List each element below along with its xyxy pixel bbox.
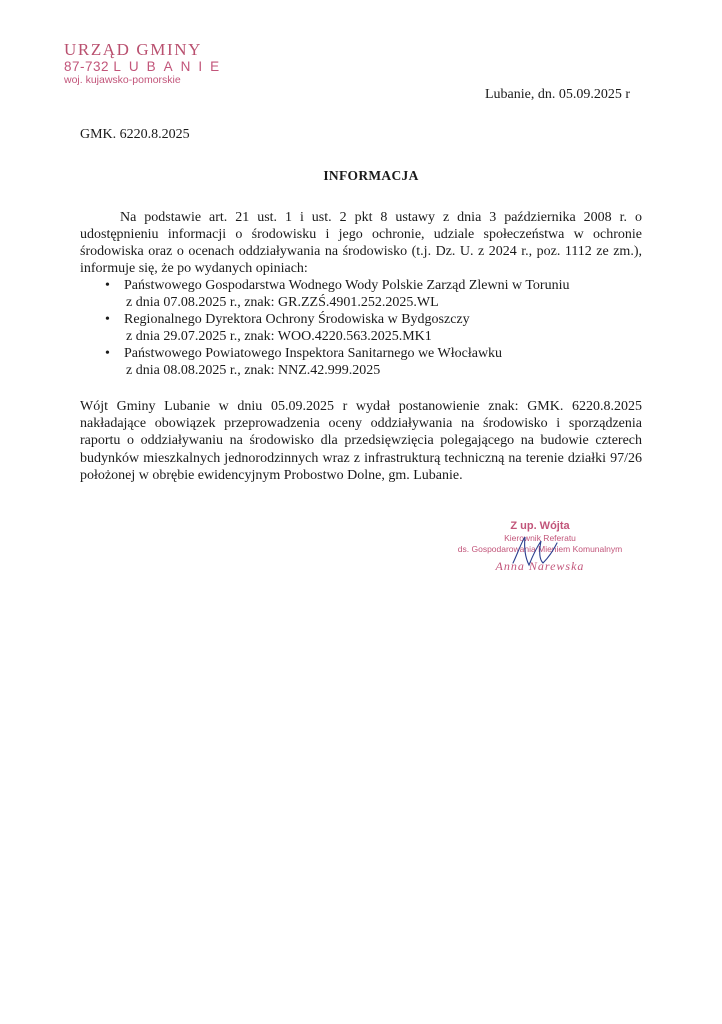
stamp-postal-code: 87-732 bbox=[64, 59, 109, 74]
signature-authorization: Z up. Wójta bbox=[440, 520, 640, 533]
handwritten-signature-icon bbox=[505, 533, 565, 573]
list-item: • Regionalnego Dyrektora Ochrony Środowi… bbox=[105, 311, 569, 345]
opinions-list: • Państwowego Gospodarstwa Wodnego Wody … bbox=[105, 277, 569, 379]
stamp-town: LUBANIE bbox=[113, 59, 227, 74]
opinion-details: z dnia 08.08.2025 r., znak: NNZ.42.999.2… bbox=[124, 362, 569, 379]
opinion-authority: Regionalnego Dyrektora Ochrony Środowisk… bbox=[124, 312, 470, 327]
intro-text: Na podstawie art. 21 ust. 1 i ust. 2 pkt… bbox=[80, 210, 642, 276]
reference-number: GMK. 6220.8.2025 bbox=[80, 127, 190, 143]
opinion-details: z dnia 07.08.2025 r., znak: GR.ZZŚ.4901.… bbox=[124, 294, 569, 311]
stamp-voivodeship: woj. kujawsko-pomorskie bbox=[64, 74, 227, 87]
stamp-office-name: URZĄD GMINY bbox=[64, 40, 227, 59]
stamp-address: 87-732 LUBANIE bbox=[64, 59, 227, 74]
document-title: INFORMACJA bbox=[0, 168, 722, 184]
list-item: • Państwowego Powiatowego Inspektora San… bbox=[105, 345, 569, 379]
bullet-icon: • bbox=[105, 311, 110, 328]
opinion-authority: Państwowego Gospodarstwa Wodnego Wody Po… bbox=[124, 278, 569, 293]
intro-paragraph: Na podstawie art. 21 ust. 1 i ust. 2 pkt… bbox=[80, 209, 642, 277]
opinion-authority: Państwowego Powiatowego Inspektora Sanit… bbox=[124, 346, 502, 361]
bullet-icon: • bbox=[105, 277, 110, 294]
opinion-details: z dnia 29.07.2025 r., znak: WOO.4220.563… bbox=[124, 328, 569, 345]
office-stamp: URZĄD GMINY 87-732 LUBANIE woj. kujawsko… bbox=[64, 40, 227, 87]
bullet-icon: • bbox=[105, 345, 110, 362]
list-item: • Państwowego Gospodarstwa Wodnego Wody … bbox=[105, 277, 569, 311]
place-and-date: Lubanie, dn. 05.09.2025 r bbox=[485, 87, 630, 103]
decision-paragraph: Wójt Gminy Lubanie w dniu 05.09.2025 r w… bbox=[80, 398, 642, 484]
